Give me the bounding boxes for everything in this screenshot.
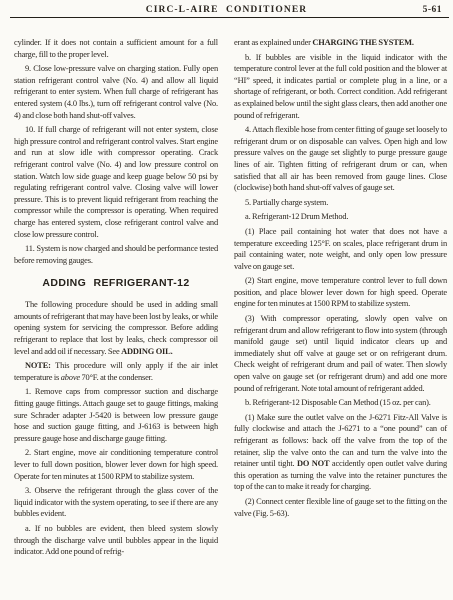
body-text: (2) Connect center flexible line of gaug… xyxy=(234,497,447,518)
section-heading: ADDING REFRIGERANT-12 xyxy=(14,277,218,289)
paragraph: cylinder. If it does not contain a suffi… xyxy=(14,37,218,60)
paragraph: NOTE: This procedure will only apply if … xyxy=(14,360,218,383)
paragraph: 9. Close low-pressure valve on charging … xyxy=(14,63,218,121)
paragraph: (2) Start engine, move temperature contr… xyxy=(234,275,447,310)
paragraph: erant as explained under CHARGING THE SY… xyxy=(234,37,447,49)
column-left: cylinder. If it does not contain a suffi… xyxy=(14,37,218,561)
manual-page: CIRC-L-AIRE CONDITIONER 5-61 cylinder. I… xyxy=(0,0,453,600)
body-text: The following procedure should be used i… xyxy=(14,300,218,355)
paragraph: (1) Make sure the outlet valve on the J-… xyxy=(234,412,447,493)
body-text: 2. Start engine, move air conditioning t… xyxy=(14,448,218,480)
text-columns: cylinder. If it does not contain a suffi… xyxy=(0,37,453,561)
body-text: b. Refrigerant-12 Disposable Can Method … xyxy=(245,398,431,407)
page-header-title: CIRC-L-AIRE CONDITIONER xyxy=(0,5,453,15)
body-text: 10. If full charge of refrigerant will n… xyxy=(14,125,218,238)
paragraph: b. Refrigerant-12 Disposable Can Method … xyxy=(234,397,447,409)
body-text: 5. Partially charge system. xyxy=(245,198,328,207)
paragraph: The following procedure should be used i… xyxy=(14,299,218,357)
body-text: b. If bubbles are visible in the liquid … xyxy=(234,53,447,120)
body-text: a. If no bubbles are evident, then bleed… xyxy=(14,524,218,556)
bold-text: ADDING OIL. xyxy=(121,347,172,356)
paragraph: b. If bubbles are visible in the liquid … xyxy=(234,52,447,122)
page-header: CIRC-L-AIRE CONDITIONER 5-61 xyxy=(0,0,453,15)
paragraph: 4. Attach flexible hose from center fitt… xyxy=(234,124,447,194)
body-text: 4. Attach flexible hose from center fitt… xyxy=(234,125,447,192)
body-text: 9. Close low-pressure valve on charging … xyxy=(14,64,218,119)
body-text: (3) With compressor operating, slowly op… xyxy=(234,314,447,393)
body-text: 11. System is now charged and should be … xyxy=(14,244,218,265)
paragraph: (3) With compressor operating, slowly op… xyxy=(234,313,447,394)
body-text: 3. Observe the refrigerant through the g… xyxy=(14,486,218,518)
paragraph: 3. Observe the refrigerant through the g… xyxy=(14,485,218,520)
body-text: cylinder. If it does not contain a suffi… xyxy=(14,38,218,59)
body-text: (1) Place pail containing hot water that… xyxy=(234,227,447,271)
paragraph: (1) Place pail containing hot water that… xyxy=(234,226,447,272)
column-right: erant as explained under CHARGING THE SY… xyxy=(234,37,447,561)
body-text: 1. Remove caps from compressor suction a… xyxy=(14,387,218,442)
body-text: 70°F. at the condenser. xyxy=(80,373,153,382)
header-rule xyxy=(10,17,449,18)
italic-text: above xyxy=(61,373,80,382)
bold-text: DO NOT xyxy=(297,459,329,468)
body-text: erant as explained under xyxy=(234,38,312,47)
body-text: (2) Start engine, move temperature contr… xyxy=(234,276,447,308)
bold-text: CHARGING THE SYSTEM. xyxy=(312,38,413,47)
paragraph: 11. System is now charged and should be … xyxy=(14,243,218,266)
paragraph: a. If no bubbles are evident, then bleed… xyxy=(14,523,218,558)
body-text: a. Refrigerant-12 Drum Method. xyxy=(245,212,348,221)
paragraph: 10. If full charge of refrigerant will n… xyxy=(14,124,218,240)
paragraph: 2. Start engine, move air conditioning t… xyxy=(14,447,218,482)
bold-text: NOTE: xyxy=(25,361,55,370)
page-number: 5-61 xyxy=(423,5,442,15)
paragraph: (2) Connect center flexible line of gaug… xyxy=(234,496,447,519)
paragraph: 5. Partially charge system. xyxy=(234,197,447,209)
paragraph: a. Refrigerant-12 Drum Method. xyxy=(234,211,447,223)
paragraph: 1. Remove caps from compressor suction a… xyxy=(14,386,218,444)
